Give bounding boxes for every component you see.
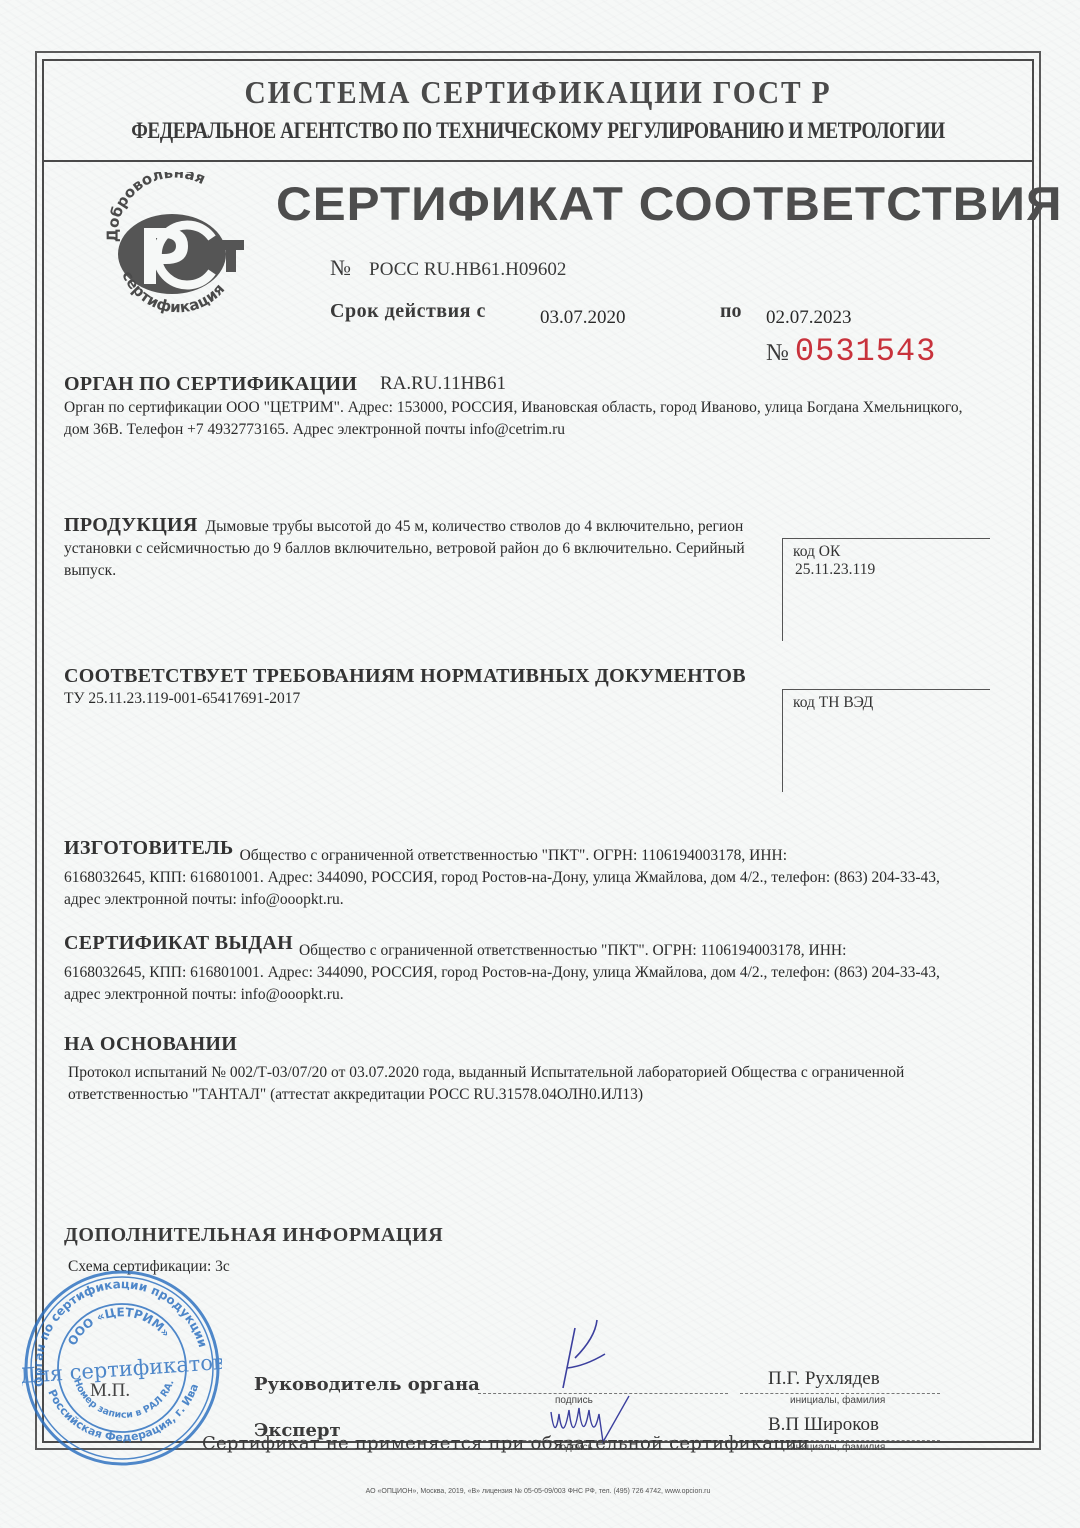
svg-text:ООО «ЦЕТРИМ»: ООО «ЦЕТРИМ» (65, 1305, 173, 1348)
registration-number-value: РОСС RU.НВ61.Н09602 (369, 259, 566, 280)
registration-number: №РОСС RU.НВ61.Н09602 (330, 255, 566, 281)
head-role-label: Руководитель органа (254, 1374, 480, 1395)
certification-body-label: ОРГАН ПО СЕРТИФИКАЦИИ (64, 373, 357, 396)
stamp-org-text: ООО «ЦЕТРИМ» (65, 1305, 173, 1348)
product-section: ПРОДУКЦИЯ Дымовые трубы высотой до 45 м,… (64, 514, 764, 582)
ok-code-label: код ОК (793, 543, 840, 561)
head-signature-icon (545, 1318, 615, 1398)
printer-footer: АО «ОПЦИОН», Москва, 2019, «В» лицензия … (42, 1488, 1034, 1495)
product-label: ПРОДУКЦИЯ (64, 514, 198, 536)
certificate-title: СЕРТИФИКАТ СООТВЕТСТВИЯ (276, 176, 1062, 231)
validity-label: Срок действия с (330, 300, 486, 323)
head-name-caption: инициалы, фамилия (790, 1395, 885, 1406)
serial-number: №0531543 (766, 333, 936, 370)
valid-from: 03.07.2020 (540, 307, 626, 329)
conformity-label: СООТВЕТСТВУЕТ ТРЕБОВАНИЯМ НОРМАТИВНЫХ ДО… (64, 665, 746, 688)
manufacturer-text: 6168032645, КПП: 616801001. Адрес: 34409… (64, 869, 940, 908)
certification-body-text: Орган по сертификации ООО "ЦЕТРИМ". Адре… (64, 397, 964, 441)
head-name: П.Г. Рухлядев (768, 1368, 880, 1390)
agency-title: ФЕДЕРАЛЬНОЕ АГЕНТСТВО ПО ТЕХНИЧЕСКОМУ РЕ… (121, 118, 954, 144)
issued-to-label: СЕРТИФИКАТ ВЫДАН (64, 932, 293, 954)
manufacturer-section: ИЗГОТОВИТЕЛЬОбщество с ограниченной отве… (64, 837, 974, 911)
certification-body-code: RA.RU.11НВ61 (380, 373, 506, 395)
issued-to-text: 6168032645, КПП: 616801001. Адрес: 34409… (64, 964, 940, 1003)
tn-ved-code-box: код ТН ВЭД (782, 689, 990, 792)
ok-code-value: 25.11.23.119 (795, 561, 875, 579)
serial-number-value: 0531543 (795, 333, 936, 370)
issued-to-section: СЕРТИФИКАТ ВЫДАНОбщество с ограниченной … (64, 932, 974, 1006)
valid-to: 02.07.2023 (766, 307, 852, 329)
system-title: СИСТЕМА СЕРТИФИКАЦИИ ГОСТ Р (82, 74, 995, 111)
basis-text: Протокол испытаний № 002/Т-03/07/20 от 0… (68, 1062, 958, 1106)
additional-info-label: ДОПОЛНИТЕЛЬНАЯ ИНФОРМАЦИЯ (64, 1224, 443, 1247)
seal-place-label: М.П. (90, 1380, 130, 1402)
ok-code-box: код ОК 25.11.23.119 (782, 538, 990, 641)
head-name-line (740, 1393, 940, 1394)
header-divider (42, 160, 1034, 162)
gost-r-logo-icon: Добровольная сертификация (100, 172, 250, 322)
valid-to-label: по (720, 300, 742, 323)
serial-sign: № (766, 340, 789, 366)
number-sign: № (330, 255, 351, 280)
manufacturer-lead: Общество с ограниченной ответственностью… (240, 847, 787, 864)
basis-label: НА ОСНОВАНИИ (64, 1033, 237, 1056)
normative-document: ТУ 25.11.23.119-001-65417691-2017 (64, 690, 300, 708)
manufacturer-label: ИЗГОТОВИТЕЛЬ (64, 837, 234, 859)
disclaimer: Сертификат не применяется при обязательн… (202, 1433, 809, 1454)
certification-stamp-icon: Орган по сертификации продукции ООО «ЦЕТ… (22, 1268, 222, 1468)
issued-to-lead: Общество с ограниченной ответственностью… (299, 942, 846, 959)
tn-ved-label: код ТН ВЭД (793, 694, 873, 712)
